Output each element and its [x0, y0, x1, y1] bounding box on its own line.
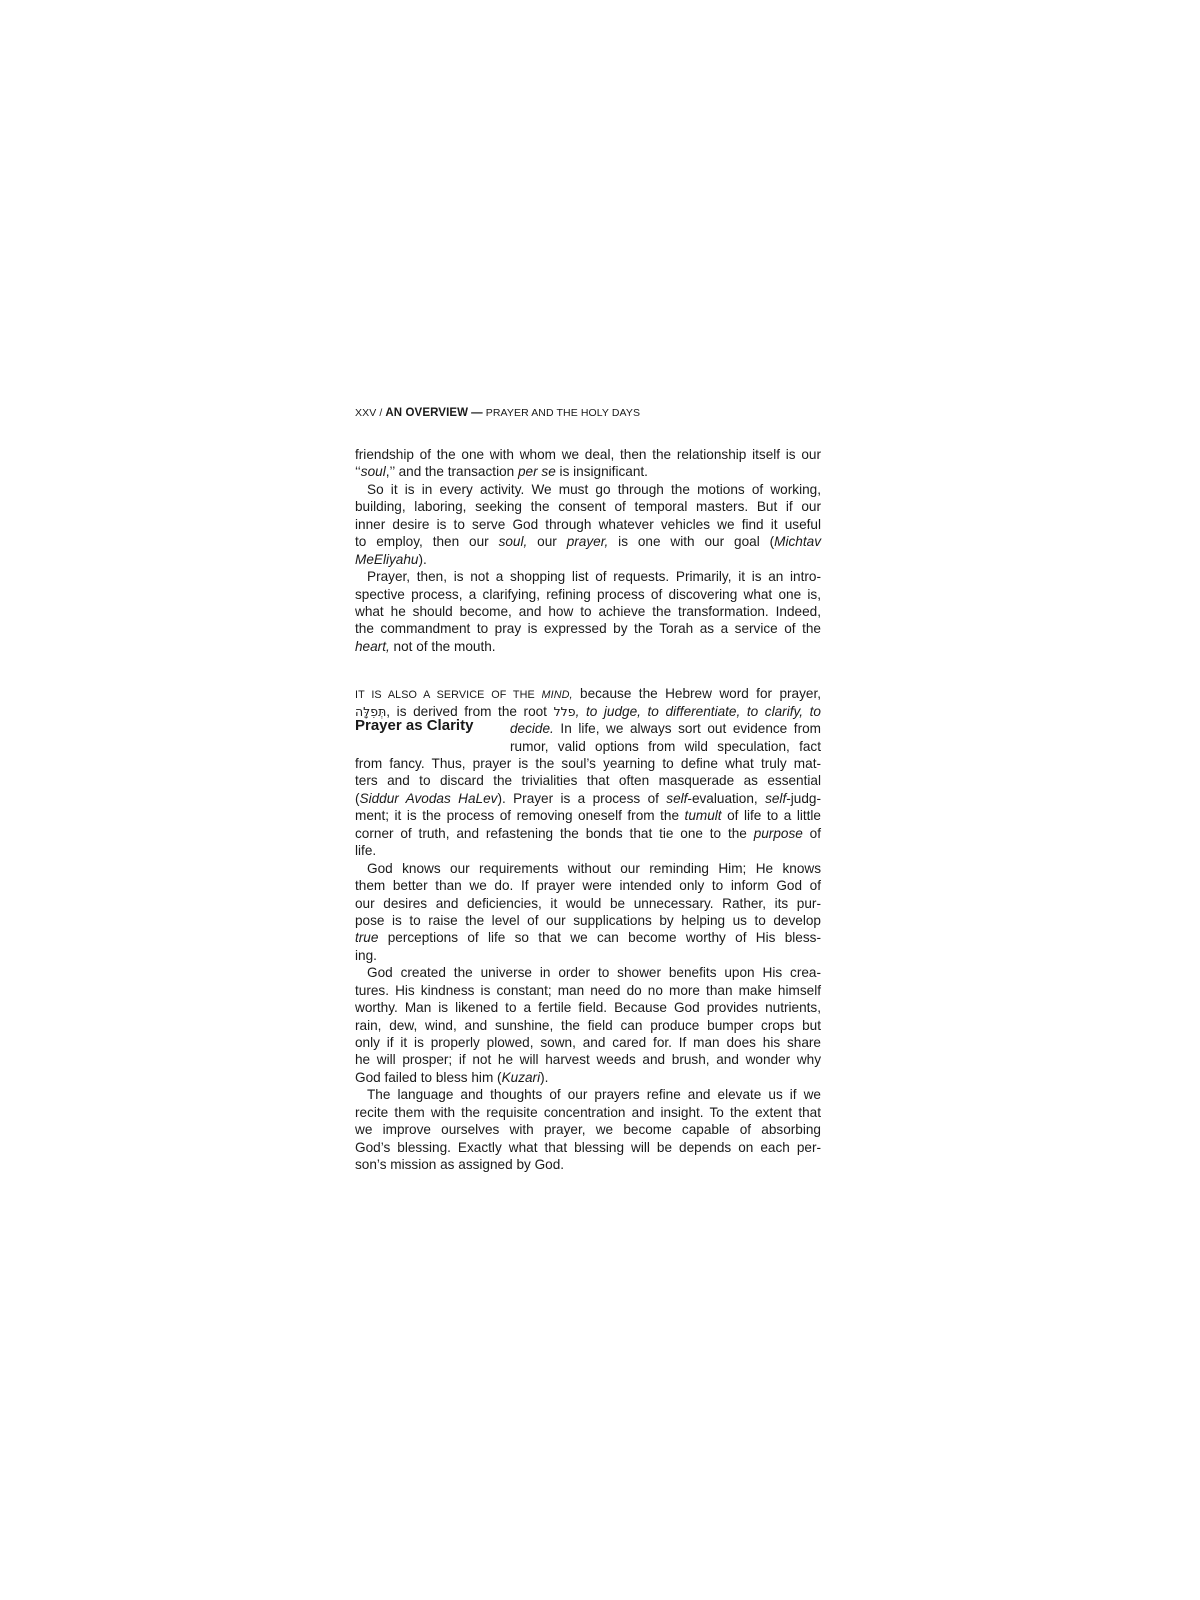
- text-line: our desires and deficiencies, it would b…: [355, 895, 821, 912]
- paragraph-2: So it is in every activity. We must go t…: [355, 481, 821, 568]
- text-line: rain, dew, wind, and sunshine, the field…: [355, 1017, 821, 1034]
- text-line: ment; it is the process of removing ones…: [355, 807, 821, 824]
- emphasis: purpose: [754, 826, 803, 841]
- text-line: (Siddur Avodas HaLev). Prayer is a proce…: [355, 790, 821, 807]
- text-line: we improve ourselves with prayer, we bec…: [355, 1121, 821, 1138]
- citation: Siddur Avodas HaLev: [360, 791, 498, 806]
- text-line: MeEliyahu).: [355, 551, 821, 568]
- text-line: inner desire is to serve God through wha…: [355, 516, 821, 533]
- text-run: of: [803, 826, 821, 841]
- text-line: So it is in every activity. We must go t…: [355, 481, 821, 498]
- text-line: what he should become, and how to achiev…: [355, 603, 821, 620]
- text-run: ).: [540, 1070, 548, 1085]
- paragraph-1: friendship of the one with whom we deal,…: [355, 446, 821, 481]
- text-line: true perceptions of life so that we can …: [355, 929, 821, 946]
- body-text: friendship of the one with whom we deal,…: [355, 446, 821, 1174]
- text-line: ‘‘soul,’’ and the transaction per se is …: [355, 463, 821, 480]
- text-line: son’s mission as assigned by God.: [355, 1156, 821, 1173]
- emphasis: per se: [518, 464, 556, 479]
- text-line: God created the universe in order to sho…: [355, 964, 821, 981]
- paragraph-3: Prayer, then, is not a shopping list of …: [355, 568, 821, 655]
- head-dash: —: [471, 407, 483, 419]
- text-run: ment; it is the process of removing ones…: [355, 808, 685, 823]
- text-run: because the Hebrew word for prayer,: [573, 686, 821, 701]
- text-run: of life to a little: [722, 808, 821, 823]
- text-run: is one with our goal (: [608, 534, 774, 549]
- text-run: ,’’ and the transaction: [386, 464, 518, 479]
- text-line: only if it is properly plowed, sown, and…: [355, 1034, 821, 1051]
- paragraph-5: God knows our requirements without our r…: [355, 860, 821, 965]
- page-number: XXV: [355, 407, 376, 419]
- text-run: -evaluation,: [687, 791, 765, 806]
- text-line: worthy. Man is likened to a fertile fiel…: [355, 999, 821, 1016]
- text-run: God failed to bless him (: [355, 1070, 502, 1085]
- text-line: The language and thoughts of our prayers…: [355, 1086, 821, 1103]
- section-gap: [355, 655, 821, 685]
- emphasis: self: [666, 791, 687, 806]
- emphasis: true: [355, 930, 378, 945]
- text-line: from fancy. Thus, prayer is the soul’s y…: [355, 755, 821, 772]
- text-line: corner of truth, and refastening the bon…: [355, 825, 821, 842]
- emphasis: soul: [361, 464, 386, 479]
- emphasis: prayer,: [567, 534, 609, 549]
- text-line: the commandment to pray is expressed by …: [355, 620, 821, 637]
- text-run: perceptions of life so that we can becom…: [378, 930, 821, 945]
- text-run: ).: [418, 552, 426, 567]
- section-title: AN OVERVIEW: [385, 407, 468, 419]
- text-run: -judg-: [786, 791, 821, 806]
- emphasis: heart,: [355, 639, 390, 654]
- citation: Michtav: [774, 534, 821, 549]
- text-run: corner of truth, and refastening the bon…: [355, 826, 754, 841]
- emphasis: decide.: [510, 721, 554, 736]
- paragraph-6: God created the universe in order to sho…: [355, 964, 821, 1086]
- text-line: God’s blessing. Exactly what that blessi…: [355, 1139, 821, 1156]
- side-heading: Prayer as Clarity: [355, 717, 473, 735]
- text-run: our: [527, 534, 566, 549]
- text-line: pose is to raise the level of our suppli…: [355, 912, 821, 929]
- text-line: ters and to discard the trivialities tha…: [355, 772, 821, 789]
- text-line: them better than we do. If prayer were i…: [355, 877, 821, 894]
- text-line: life.: [355, 842, 821, 859]
- text-run: is insignificant.: [556, 464, 648, 479]
- small-caps-lead-emphasis: MIND,: [542, 689, 573, 701]
- text-line: tures. His kindness is constant; man nee…: [355, 982, 821, 999]
- text-run: ). Prayer is a process of: [497, 791, 666, 806]
- text-line: ing.: [355, 947, 821, 964]
- citation: MeEliyahu: [355, 552, 418, 567]
- text-run: not of the mouth.: [390, 639, 496, 654]
- emphasis: tumult: [685, 808, 722, 823]
- emphasis: , to judge, to differentiate, to clarify…: [576, 704, 821, 719]
- text-run: to employ, then our: [355, 534, 499, 549]
- text-line: he will prosper; if not he will harvest …: [355, 1051, 821, 1068]
- running-head: XXV / AN OVERVIEW — PRAYER AND THE HOLY …: [355, 405, 821, 421]
- section-prayer-as-clarity: Prayer as Clarity IT IS ALSO A SERVICE O…: [355, 685, 821, 859]
- citation: Kuzari: [502, 1070, 541, 1085]
- text-run: In life, we always sort out evidence fro…: [554, 721, 821, 736]
- book-page: XXV / AN OVERVIEW — PRAYER AND THE HOLY …: [355, 405, 821, 1174]
- text-line: IT IS ALSO A SERVICE OF THE MIND, becaus…: [355, 685, 821, 702]
- head-separator: /: [379, 407, 382, 419]
- small-caps-lead: IT IS ALSO A SERVICE OF THE: [355, 689, 542, 701]
- paragraph-7: The language and thoughts of our prayers…: [355, 1086, 821, 1173]
- text-line: to employ, then our soul, our prayer, is…: [355, 533, 821, 550]
- text-line: friendship of the one with whom we deal,…: [355, 446, 821, 463]
- text-line: Prayer, then, is not a shopping list of …: [355, 568, 821, 585]
- text-line: rumor, valid options from wild speculati…: [355, 738, 821, 755]
- emphasis: self: [765, 791, 786, 806]
- hebrew-root: פלל: [554, 704, 576, 719]
- text-line: recite them with the requisite concentra…: [355, 1104, 821, 1121]
- text-line: spective process, a clarifying, refining…: [355, 586, 821, 603]
- text-line: building, laboring, seeking the consent …: [355, 498, 821, 515]
- text-line: God knows our requirements without our r…: [355, 860, 821, 877]
- chapter-subtitle: PRAYER AND THE HOLY DAYS: [486, 407, 640, 419]
- text-line: heart, not of the mouth.: [355, 638, 821, 655]
- emphasis: soul,: [499, 534, 528, 549]
- text-line: God failed to bless him (Kuzari).: [355, 1069, 821, 1086]
